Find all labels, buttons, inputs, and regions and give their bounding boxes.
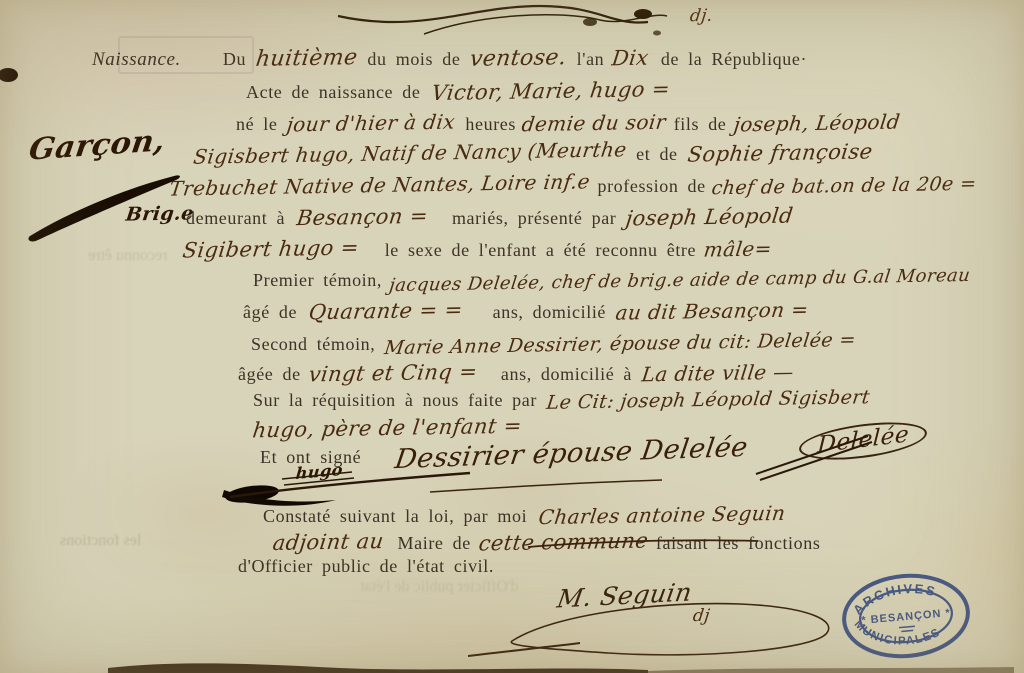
handwritten-segment: jacques Delelée, chef de brig.e aide de … — [388, 265, 972, 296]
line-premier-temoin: Premier témoin, jacques Delelée, chef de… — [253, 270, 970, 291]
printed-segment: le sexe de l'enfant a été reconnu être — [385, 240, 696, 261]
handwritten-segment: Victor, Marie, hugo = — [431, 77, 672, 105]
line-age-second: âgée de vingt et Cinq = ans, domicilié à… — [238, 361, 794, 385]
printed-segment: de la République· — [661, 49, 807, 70]
handwritten-segment: hugo, père de l'enfant = — [251, 414, 523, 443]
line-header: Naissance. Du huitième du mois de ventos… — [92, 46, 807, 71]
handwritten-segment: Quarante = = — [307, 298, 464, 325]
printed-segment: et de — [636, 144, 677, 165]
line-acte: Acte de naissance de Victor, Marie, hugo… — [246, 79, 670, 103]
printed-segment: profession de — [597, 176, 705, 197]
handwritten-segment: cette commune — [477, 529, 649, 556]
handwritten-segment: mâle= — [703, 236, 774, 261]
margin-note-garcon: Garçon, — [27, 123, 168, 167]
signature-delelee: Delelée — [798, 416, 928, 465]
printed-segment: fils de — [674, 114, 727, 135]
handwritten-segment: Sigisbert hugo, Natif de Nancy (Meurthe — [192, 137, 628, 169]
printed-segment: du mois de — [367, 49, 460, 70]
printed-segment: l'an — [577, 49, 605, 70]
printed-segment: heures — [465, 114, 516, 135]
bleedthrough-text: d'Officier public de l'état — [360, 578, 519, 596]
archives-stamp: ARCHIVES * BESANÇON * MUNICIPALES — [834, 564, 978, 668]
line-sexe: Sigibert hugo = le sexe de l'enfant a ét… — [183, 237, 772, 261]
handwritten-segment: La dite ville — — [640, 360, 795, 387]
handwritten-segment: Dix — [611, 46, 651, 71]
line-domicile: demeurant à Besançon = mariés, présenté … — [186, 205, 793, 229]
line-second-temoin: Second témoin, Marie Anne Dessirier, épo… — [251, 333, 856, 355]
line-officier: d'Officier public de l'état civil. — [238, 556, 494, 577]
stamp-text-middle: * BESANÇON * — [861, 607, 951, 627]
handwritten-segment: demie du soir — [520, 110, 667, 137]
line-constate: Constaté suivant la loi, par moi Charles… — [263, 503, 785, 527]
printed-segment: d'Officier public de l'état civil. — [238, 556, 494, 577]
line-adjoint: adjoint au Maire de cette commune faisan… — [273, 530, 820, 554]
printed-segment: ans, domicilié à — [501, 364, 632, 385]
handwritten-segment: chef de bat.on de la 20e = — [710, 173, 978, 200]
printed-segment: faisant les fonctions — [656, 533, 821, 554]
printed-segment: Second témoin, — [251, 334, 375, 355]
handwritten-segment: vingt et Cinq = — [307, 360, 479, 387]
printed-segment: âgé de — [243, 302, 297, 323]
line-ne-le: né le jour d'hier à dix heures demie du … — [236, 111, 900, 135]
handwritten-segment: Besançon = — [295, 204, 429, 230]
printed-segment: mariés, présenté par — [452, 208, 616, 229]
signature-hugo: hugo — [295, 460, 344, 483]
birth-certificate-document: les fonctions reconnu être d'Officier pu… — [0, 0, 1024, 673]
naissance-label: Naissance. — [92, 49, 181, 71]
printed-segment: Maire de — [398, 533, 471, 554]
printed-segment: né le — [236, 114, 277, 135]
paraph-dj-bottom: dj — [692, 606, 711, 626]
handwritten-segment: Sigibert hugo = — [181, 235, 360, 262]
printed-segment: Acte de naissance de — [246, 82, 420, 103]
bleedthrough-text: les fonctions — [60, 532, 141, 550]
handwritten-segment: Trebuchet Native de Nantes, Loire inf.e — [168, 169, 591, 200]
printed-segment: Constaté suivant la loi, par moi — [263, 506, 527, 527]
printed-segment: Premier témoin, — [253, 270, 382, 291]
handwritten-segment: Le Cit: joseph Léopold Sigisbert — [545, 386, 871, 414]
line-requisition: Sur la réquisition à nous faite par Le C… — [253, 389, 870, 411]
handwritten-segment: ventose. — [469, 45, 569, 72]
bleedthrough-text: reconnu être — [88, 247, 168, 265]
handwritten-segment: au dit Besançon = — [614, 297, 810, 324]
stamp-underline — [899, 626, 915, 631]
printed-segment: ans, domicilié — [493, 302, 606, 323]
line-mother: Trebuchet Native de Nantes, Loire inf.e … — [170, 173, 976, 197]
handwritten-segment: Sophie françoise — [686, 139, 874, 166]
printed-segment: Du — [223, 49, 246, 70]
paraph-dj-top: dj. — [689, 6, 714, 26]
signature-seguin: M. Seguin — [555, 578, 694, 614]
handwritten-segment: joseph, Léopold — [733, 110, 902, 137]
printed-segment: demeurant à — [186, 208, 285, 229]
handwritten-segment: Charles antoine Seguin — [537, 501, 787, 529]
handwritten-segment: jour d'hier à dix — [286, 110, 457, 137]
line-age-premier: âgé de Quarante = = ans, domicilié au di… — [243, 299, 808, 323]
line-pere-enfant: hugo, père de l'enfant = — [253, 416, 522, 440]
handwritten-segment: Marie Anne Dessirier, épouse du cit: Del… — [383, 329, 857, 359]
handwritten-segment: joseph Léopold — [625, 204, 795, 231]
line-father: Sigisbert hugo, Natif de Nancy (Meurthe … — [194, 141, 872, 165]
handwritten-segment: huitième — [254, 45, 359, 72]
handwritten-segment: adjoint au — [271, 529, 385, 555]
margin-note-brigade: Brig.e — [125, 202, 196, 225]
printed-segment: âgée de — [238, 364, 301, 385]
printed-segment: Sur la réquisition à nous faite par — [253, 390, 537, 411]
